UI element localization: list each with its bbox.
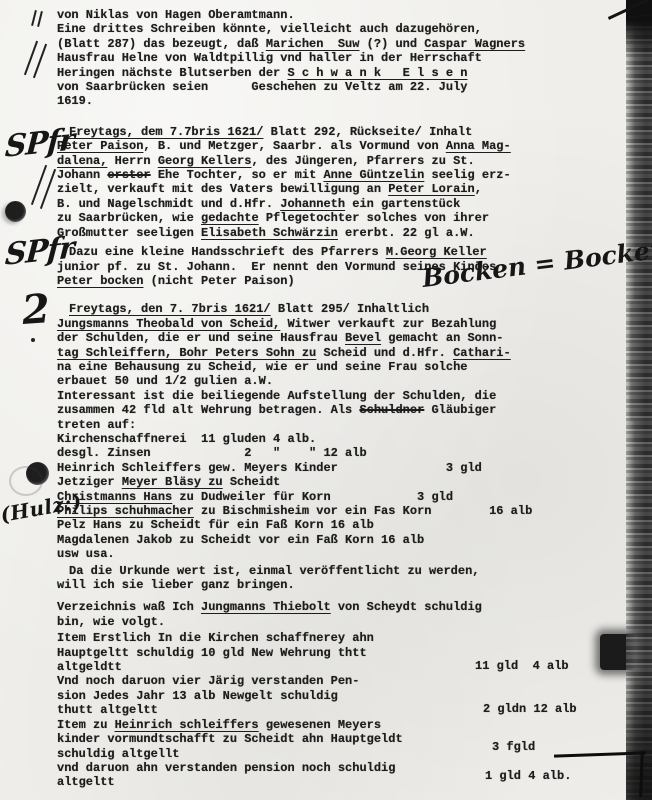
text-line: Christmanns Hans zu Dudweiler für Korn 3…: [57, 490, 627, 504]
text-line: Verzeichnis waß Ich Jungmanns Thiebolt v…: [57, 600, 627, 614]
text-line: Johann erster Ehe Tochter, so er mit Ann…: [57, 168, 627, 182]
text-line: Heringen nächste Blutserben der S c h w …: [57, 66, 627, 80]
text-line: Jungsmanns Theobald von Scheid, Witwer v…: [57, 317, 627, 331]
text-line: tag Schleiffern, Bohr Peters Sohn zu Sch…: [57, 346, 627, 360]
margin-number-annotation: 2: [20, 285, 51, 334]
ledger-amount: 11 gld 4 alb: [475, 659, 569, 673]
text-line: Freytags, den 7. 7bris 1621/ Blatt 295/ …: [57, 302, 627, 316]
paragraph-p2: Freytags, dem 7.7bris 1621/ Blatt 292, R…: [57, 125, 627, 240]
text-line: von Niklas von Hagen Oberamtmann.: [57, 8, 627, 22]
margin-monogram-annotation: SPfr: [4, 230, 75, 273]
text-line: will ich sie lieber ganz bringen.: [57, 578, 627, 592]
text-line: na eine Behausung zu Scheid, wie er und …: [57, 360, 627, 374]
hole-punch-ring-icon: [9, 466, 43, 496]
text-line: der Schulden, die er und seine Hausfrau …: [57, 331, 627, 345]
text-line: von Saarbrücken seien Geschehen zu Veltz…: [57, 80, 627, 94]
margin-tick-icon: [37, 11, 43, 27]
paragraph-p6: Da die Urkunde wert ist, einmal veröffen…: [57, 564, 627, 593]
ledger-entry: Item Erstlich In die Kirchen schaffnerey…: [57, 631, 627, 674]
ledger-entry: Vnd noch daruon vier Järig verstanden Pe…: [57, 674, 627, 717]
text-line: Großmutter seeligen Elisabeth Schwärzin …: [57, 226, 627, 240]
paragraph-p5: Interessant ist die beiliegende Aufstell…: [57, 389, 627, 562]
text-line: schuldig altgellt: [57, 747, 627, 761]
text-line: kinder vormundtschafft zu Scheidt ahn Ha…: [57, 732, 627, 746]
text-line: zu Saarbrücken, wie gedachte Pflegetocht…: [57, 211, 627, 225]
ledger-amount: 2 gldn 12 alb: [483, 702, 577, 716]
text-line: Pelz Hans zu Scheidt für ein Faß Korn 16…: [57, 518, 627, 532]
text-line: Hausfrau Helne von Waldtpillig vnd halle…: [57, 51, 627, 65]
text-line: Jetziger Meyer Bläsy zu Scheidt: [57, 475, 627, 489]
scan-edge-band: [626, 0, 652, 800]
text-line: usw usa.: [57, 547, 627, 561]
text-line: sion Jedes Jahr 13 alb Newgelt schuldig: [57, 689, 627, 703]
text-line: Heinrich Schleiffers gew. Meyers Kinder …: [57, 461, 627, 475]
paragraph-p7: Verzeichnis waß Ich Jungmanns Thiebolt v…: [57, 600, 627, 629]
ledger-amount: 1 gld 4 alb.: [485, 769, 571, 783]
ledger-entry: vnd daruon ahn verstanden pension noch s…: [57, 761, 627, 790]
text-line: 1619.: [57, 94, 627, 108]
paragraph-p4: Freytags, den 7. 7bris 1621/ Blatt 295/ …: [57, 302, 627, 388]
text-line: Philips schuhmacher zu Bischmisheim vor …: [57, 504, 627, 518]
margin-monogram-annotation: SPfr: [4, 122, 75, 165]
text-line: desgl. Zinsen 2 " " 12 alb: [57, 446, 627, 460]
text-line: Kirchenschaffnerei 11 gluden 4 alb.: [57, 432, 627, 446]
text-line: Freytags, dem 7.7bris 1621/ Blatt 292, R…: [57, 125, 627, 139]
text-line: B. und Nagelschmidt und d.Hfr. Johanneth…: [57, 197, 627, 211]
text-line: (Blatt 287) das bezeugt, daß Marichen Su…: [57, 37, 627, 51]
pen-dot-icon: [31, 338, 35, 342]
text-line: Da die Urkunde wert ist, einmal veröffen…: [57, 564, 627, 578]
text-line: Magdalenen Jakob zu Scheidt vor ein Faß …: [57, 533, 627, 547]
text-line: Item Erstlich In die Kirchen schaffnerey…: [57, 631, 627, 645]
paragraph-p1: von Niklas von Hagen Oberamtmann.Eine dr…: [57, 8, 627, 109]
text-line: bin, wie volgt.: [57, 615, 627, 629]
text-line: dalena, Herrn Georg Kellers, des Jüngere…: [57, 154, 627, 168]
ledger-entry: Item zu Heinrich schleiffers gewesenen M…: [57, 718, 627, 761]
text-line: Hauptgeltt schuldig 10 gld New Wehrung t…: [57, 646, 627, 660]
text-line: treten auf:: [57, 418, 627, 432]
ledger-amount: 3 fgld: [492, 740, 535, 754]
margin-tick-icon: [31, 10, 37, 26]
hole-punch-icon: [5, 201, 26, 222]
text-line: Interessant ist die beiliegende Aufstell…: [57, 389, 627, 403]
typewritten-text-block: von Niklas von Hagen Oberamtmann.Eine dr…: [57, 8, 627, 790]
text-line: Vnd noch daruon vier Järig verstanden Pe…: [57, 674, 627, 688]
text-line: Item zu Heinrich schleiffers gewesenen M…: [57, 718, 627, 732]
scanned-document-page: von Niklas von Hagen Oberamtmann.Eine dr…: [0, 0, 652, 800]
text-line: Eine drittes Schreiben könnte, vielleich…: [57, 22, 627, 36]
text-line: zusammen 42 fld alt Wehrung betragen. Al…: [57, 403, 627, 417]
debt-ledger: Item Erstlich In die Kirchen schaffnerey…: [57, 631, 627, 789]
text-line: Peter Paison, B. und Metzger, Saarbr. al…: [57, 139, 627, 153]
text-line: zielt, verkauft mit des Vaters bewilligu…: [57, 182, 627, 196]
text-line: erbauet 50 und 1/2 gulien a.W.: [57, 374, 627, 388]
